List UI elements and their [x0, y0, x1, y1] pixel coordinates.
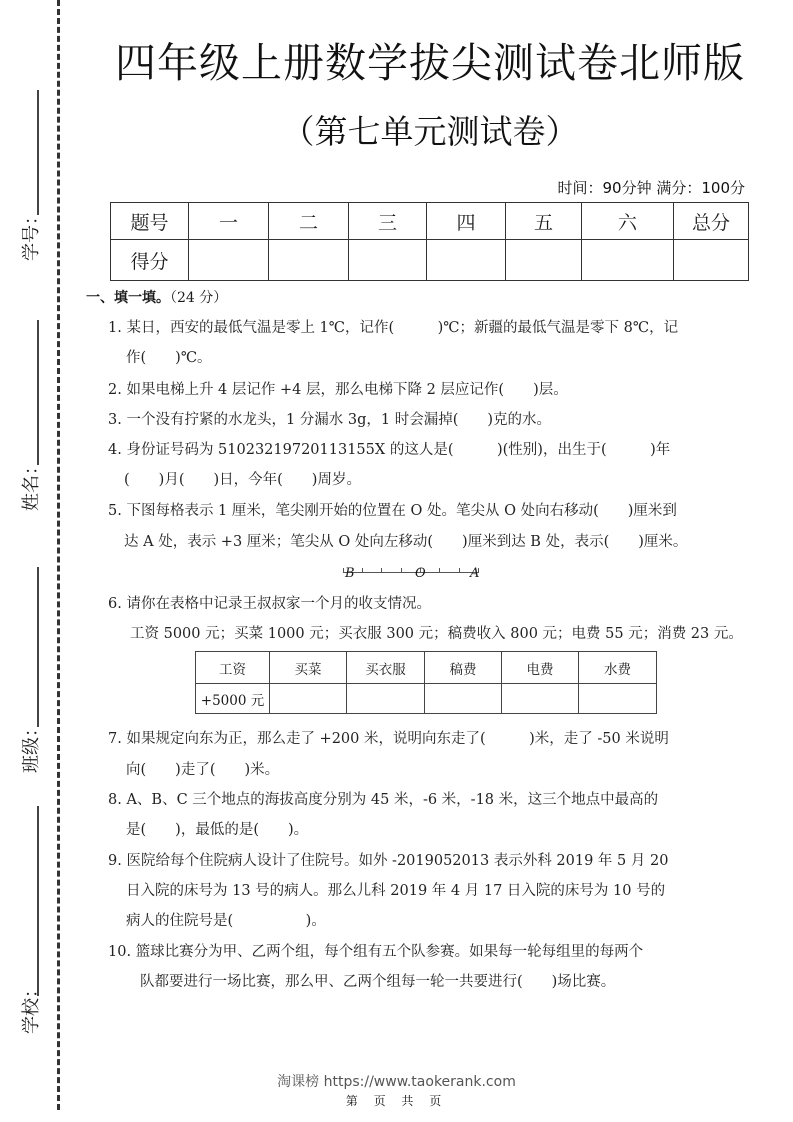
question-9-line-1: 9. 医院给每个住院病人设计了住院号。如外 -2019052013 表示外科 2… [108, 849, 668, 870]
section-points: （24 分） [170, 290, 227, 306]
question-5-line-2: 达 A 处，表示 +3 厘米；笔尖从 O 处向左移动( )厘米到达 B 处，表示… [124, 530, 687, 551]
score-header-cell: 六 [582, 203, 674, 240]
number-line-label-a: A [470, 566, 479, 581]
income-expense-header-cell: 稿费 [425, 652, 502, 684]
number-line-tick [459, 568, 460, 573]
question-2: 2. 如果电梯上升 4 层记作 +4 层，那么电梯下降 2 层应记作( )层。 [108, 378, 568, 399]
score-header-cell: 总分 [674, 203, 749, 240]
school-underline [37, 806, 39, 996]
question-6-line-1: 6. 请你在表格中记录王叔叔家一个月的收支情况。 [108, 592, 431, 613]
number-line-tick [343, 568, 344, 573]
question-3: 3. 一个没有拧紧的水龙头，1 分漏水 3g，1 时会漏掉( )克的水。 [108, 408, 551, 429]
watermark-link[interactable]: 淘课榜 https://www.taokerank.com [0, 1071, 793, 1091]
score-header-cell: 三 [349, 203, 427, 240]
income-expense-header-cell: 工资 [196, 652, 270, 684]
name-underline [37, 320, 39, 465]
income-expense-table: 工资 买菜 买衣服 稿费 电费 水费 +5000 元 [195, 651, 657, 714]
name-label: 姓名： [17, 481, 43, 511]
score-table-header-row: 题号 一 二 三 四 五 六 总分 [111, 203, 749, 240]
class-underline [37, 567, 39, 727]
question-9-line-3: 病人的住院号是( )。 [126, 909, 326, 930]
question-6-line-2: 工资 5000 元；买菜 1000 元；买衣服 300 元；稿费收入 800 元… [130, 622, 743, 643]
question-4-line-1: 4. 身份证号码为 51023219720113155X 的这人是( )(性别)… [108, 438, 670, 459]
score-cell[interactable] [674, 240, 749, 281]
income-expense-header-cell: 买衣服 [347, 652, 425, 684]
score-cell[interactable] [427, 240, 506, 281]
score-header-cell: 二 [269, 203, 349, 240]
page-subtitle: （第七单元测试卷） [100, 106, 760, 153]
question-5-line-1: 5. 下图每格表示 1 厘米，笔尖刚开始的位置在 O 处。笔尖从 O 处向右移动… [108, 499, 677, 520]
page-title: 四年级上册数学拔尖测试卷北师版 [100, 30, 760, 89]
class-label: 班级： [17, 743, 43, 773]
number-line-label-b: B [345, 566, 355, 581]
number-line-tick [439, 568, 440, 573]
question-8-line-1: 8. A、B、C 三个地点的海拔高度分别为 45 米，-6 米，-18 米，这三… [108, 788, 658, 809]
score-row-label: 得分 [111, 240, 189, 281]
score-cell[interactable] [189, 240, 269, 281]
income-expense-header-cell: 水费 [579, 652, 657, 684]
income-expense-header-cell: 电费 [502, 652, 579, 684]
section-heading: 一、填一填。（24 分） [86, 287, 227, 307]
school-label: 学校： [17, 1004, 43, 1034]
number-line [343, 562, 479, 573]
number-line-tick [401, 568, 402, 573]
income-expense-header-row: 工资 买菜 买衣服 稿费 电费 水费 [196, 652, 657, 684]
score-cell[interactable] [349, 240, 427, 281]
income-expense-cell[interactable] [270, 684, 347, 714]
income-expense-header-cell: 买菜 [270, 652, 347, 684]
cut-line [57, 0, 60, 1110]
question-8-line-2: 是( )，最低的是( )。 [126, 818, 308, 839]
score-cell[interactable] [582, 240, 674, 281]
page-number: 第 页 共 页 [0, 1092, 793, 1109]
section-title: 一、填一填。 [86, 290, 170, 306]
score-header-cell: 五 [506, 203, 582, 240]
score-table: 题号 一 二 三 四 五 六 总分 得分 [110, 202, 749, 281]
score-table-value-row: 得分 [111, 240, 749, 281]
question-7-line-2: 向( )走了( )米。 [126, 758, 279, 779]
question-1-line-2: 作( )℃。 [126, 346, 212, 367]
score-header-cell: 一 [189, 203, 269, 240]
question-7-line-1: 7. 如果规定向东为正，那么走了 +200 米，说明向东走了( )米，走了 -5… [108, 727, 669, 748]
income-expense-cell[interactable] [502, 684, 579, 714]
question-9-line-2: 日入院的床号为 13 号的病人。那么儿科 2019 年 4 月 17 日入院的床… [126, 879, 665, 900]
number-line-tick [362, 568, 363, 573]
question-10-line-2: 队都要进行一场比赛，那么甲、乙两个组每一轮一共要进行( )场比赛。 [140, 970, 615, 991]
score-header-cell: 四 [427, 203, 506, 240]
number-line-tick [381, 568, 382, 573]
question-4-line-2: ( )月( )日，今年( )周岁。 [124, 468, 361, 489]
income-expense-cell[interactable] [579, 684, 657, 714]
score-cell[interactable] [269, 240, 349, 281]
score-header-cell: 题号 [111, 203, 189, 240]
question-1-line-1: 1. 某日，西安的最低气温是零上 1℃，记作( )℃；新疆的最低气温是零下 8℃… [108, 316, 678, 337]
student-id-underline [37, 90, 39, 215]
exam-meta: 时间：90分钟 满分：100分 [558, 177, 746, 198]
income-expense-cell: +5000 元 [196, 684, 270, 714]
number-line-label-o: O [415, 566, 426, 581]
income-expense-cell[interactable] [347, 684, 425, 714]
income-expense-cell[interactable] [425, 684, 502, 714]
student-id-label: 学号： [17, 231, 43, 261]
score-cell[interactable] [506, 240, 582, 281]
question-10-line-1: 10. 篮球比赛分为甲、乙两个组，每个组有五个队参赛。如果每一轮每组里的每两个 [108, 940, 643, 961]
income-expense-value-row: +5000 元 [196, 684, 657, 714]
